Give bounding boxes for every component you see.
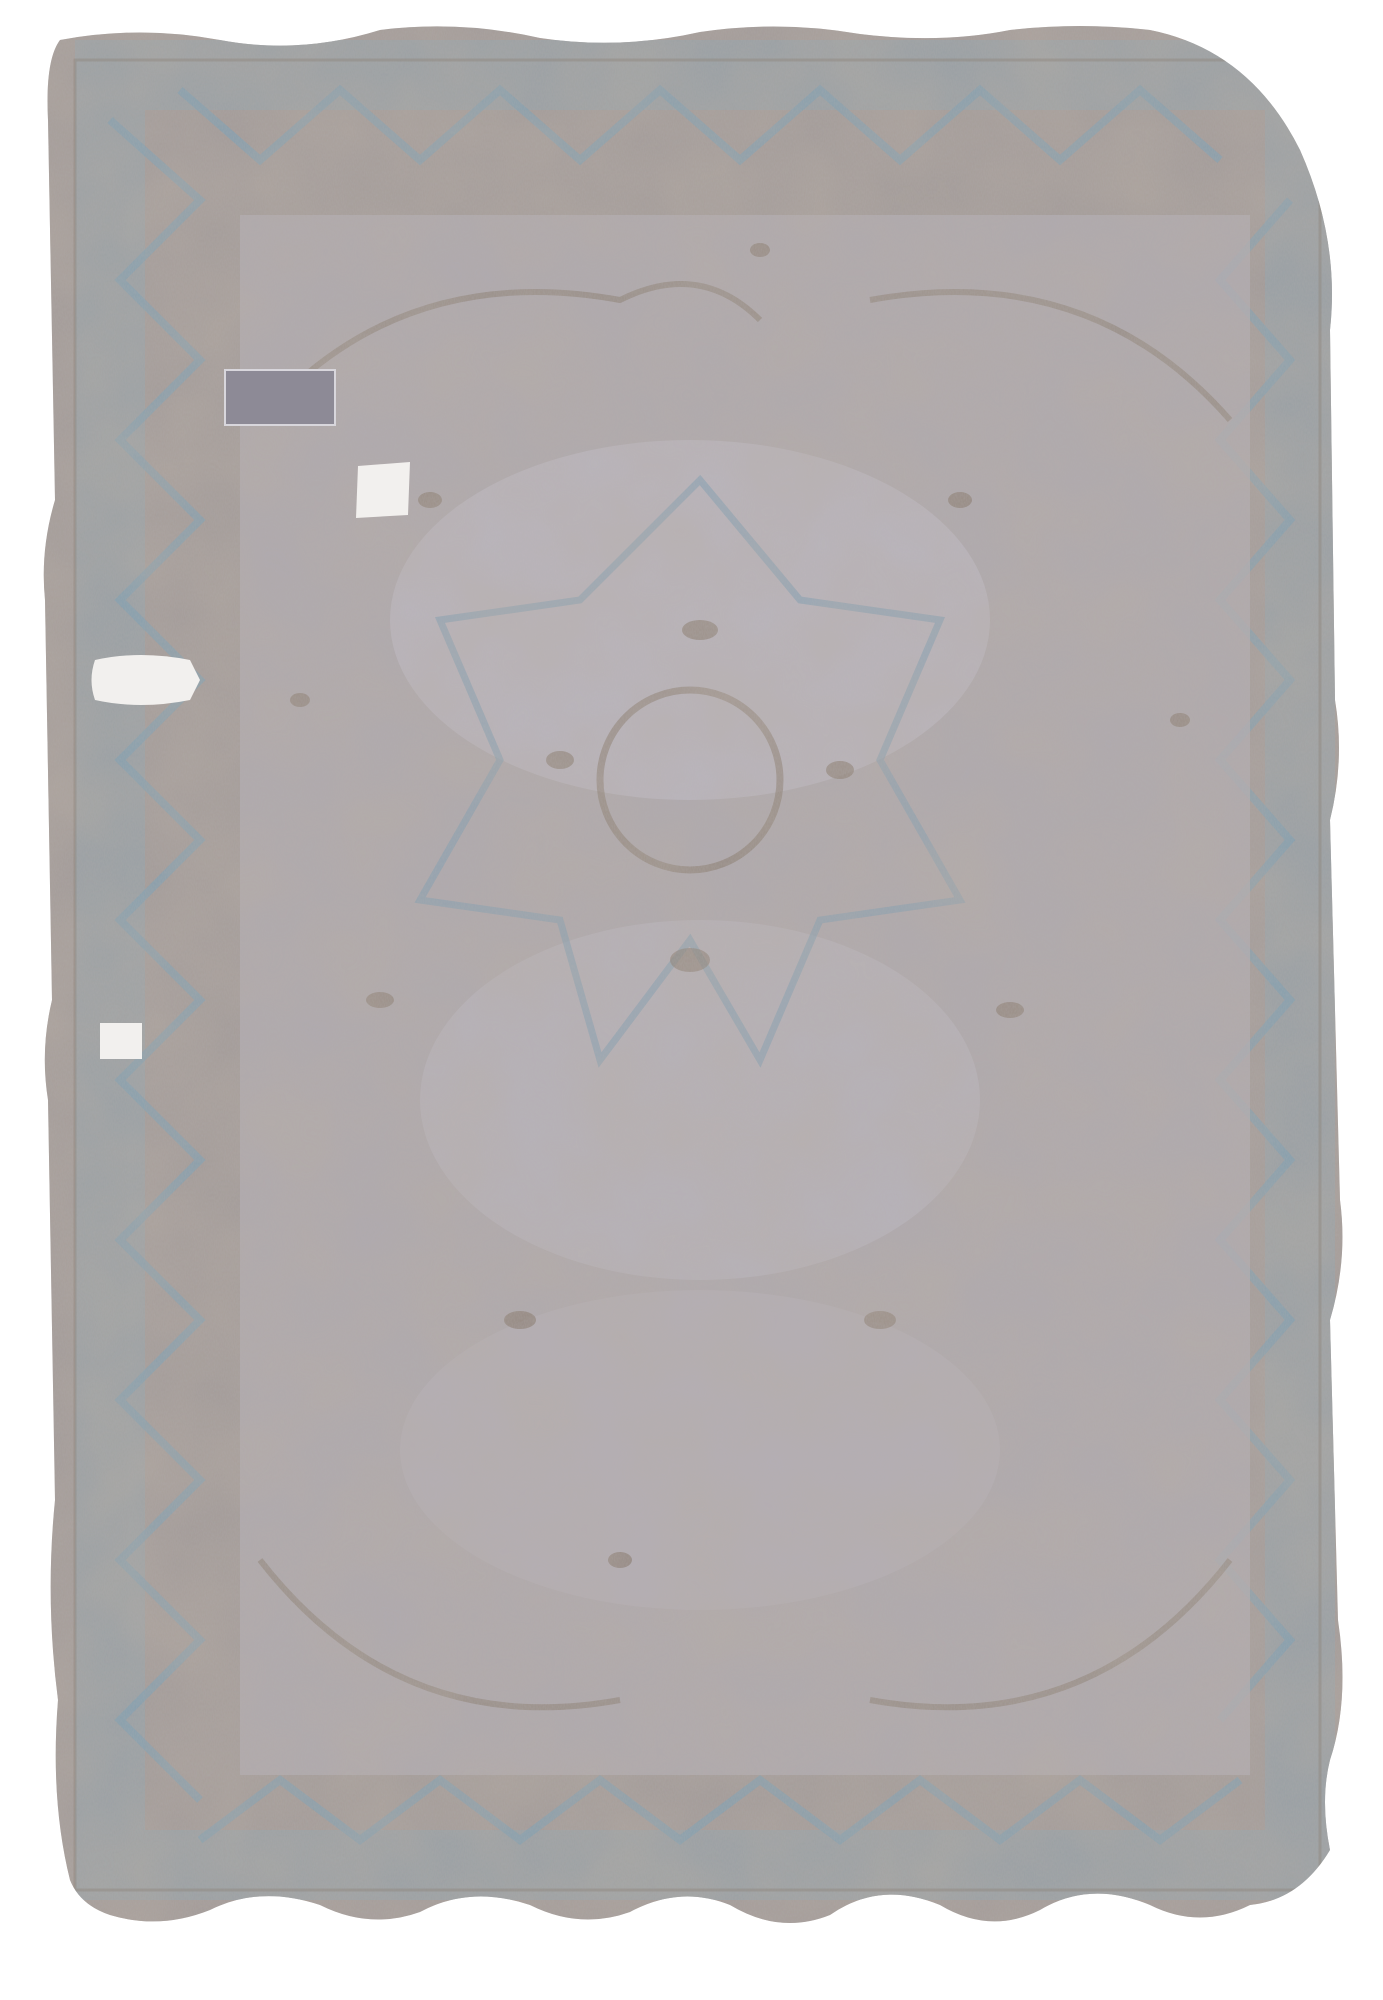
rug-photo [0,0,1383,2000]
gray-patch [225,370,335,425]
white-patch-2 [92,655,201,705]
white-patch-3 [100,1023,142,1059]
rug-illustration [0,0,1383,2000]
white-patch-1 [356,462,410,518]
rug-body [0,0,1383,2000]
